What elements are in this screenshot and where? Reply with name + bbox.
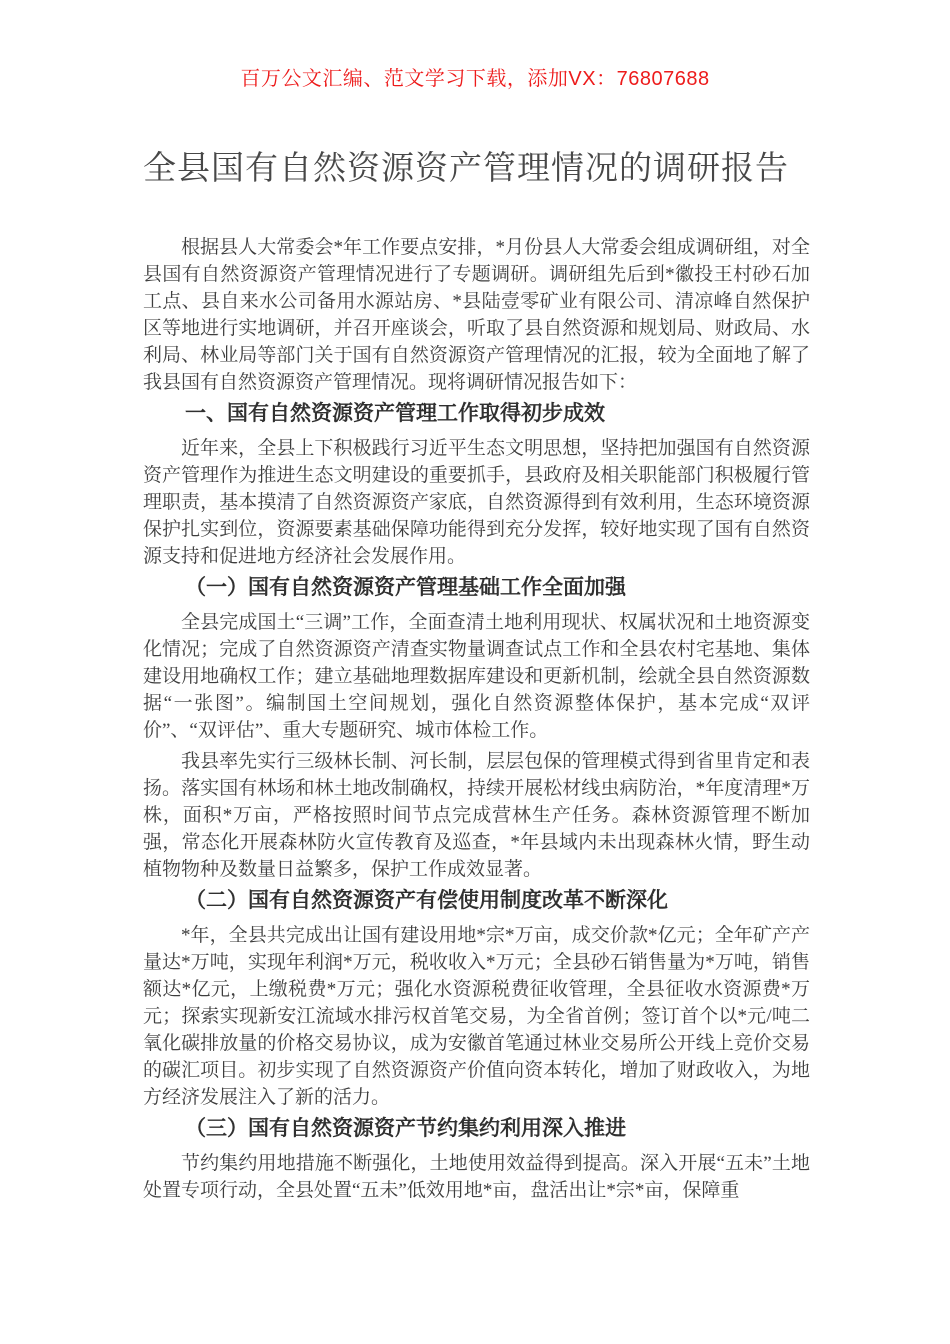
body-paragraph: 近年来，全县上下积极践行习近平生态文明思想，坚持把加强国有自然资源资产管理作为推… bbox=[143, 435, 810, 570]
document-content: 全县国有自然资源资产管理情况的调研报告 根据县人大常委会*年工作要点安排，*月份… bbox=[143, 147, 810, 1204]
body-paragraph: *年，全县共完成出让国有建设用地*宗*万亩，成交价款*亿元；全年矿产产量达*万吨… bbox=[143, 922, 810, 1111]
body-paragraph: 我县率先实行三级林长制、河长制，层层包保的管理模式得到省里肯定和表扬。落实国有林… bbox=[143, 748, 810, 883]
document-page: 百万公文汇编、范文学习下载，添加VX：76807688 全县国有自然资源资产管理… bbox=[0, 0, 950, 1344]
body-paragraph: 节约集约用地措施不断强化，土地使用效益得到提高。深入开展“五未”土地处置专项行动… bbox=[143, 1150, 810, 1204]
section-heading: （一）国有自然资源资产管理基础工作全面加强 bbox=[143, 574, 810, 601]
body-paragraph: 根据县人大常委会*年工作要点安排，*月份县人大常委会组成调研组，对全县国有自然资… bbox=[143, 234, 810, 396]
header-notice: 百万公文汇编、范文学习下载，添加VX：76807688 bbox=[0, 0, 950, 93]
section-heading: （二）国有自然资源资产有偿使用制度改革不断深化 bbox=[143, 887, 810, 914]
section-heading: （三）国有自然资源资产节约集约利用深入推进 bbox=[143, 1115, 810, 1142]
document-body: 根据县人大常委会*年工作要点安排，*月份县人大常委会组成调研组，对全县国有自然资… bbox=[143, 234, 810, 1204]
document-title: 全县国有自然资源资产管理情况的调研报告 bbox=[143, 147, 810, 189]
section-heading: 一、国有自然资源资产管理工作取得初步成效 bbox=[143, 400, 810, 427]
body-paragraph: 全县完成国土“三调”工作，全面查清土地利用现状、权属状况和土地资源变化情况；完成… bbox=[143, 609, 810, 744]
